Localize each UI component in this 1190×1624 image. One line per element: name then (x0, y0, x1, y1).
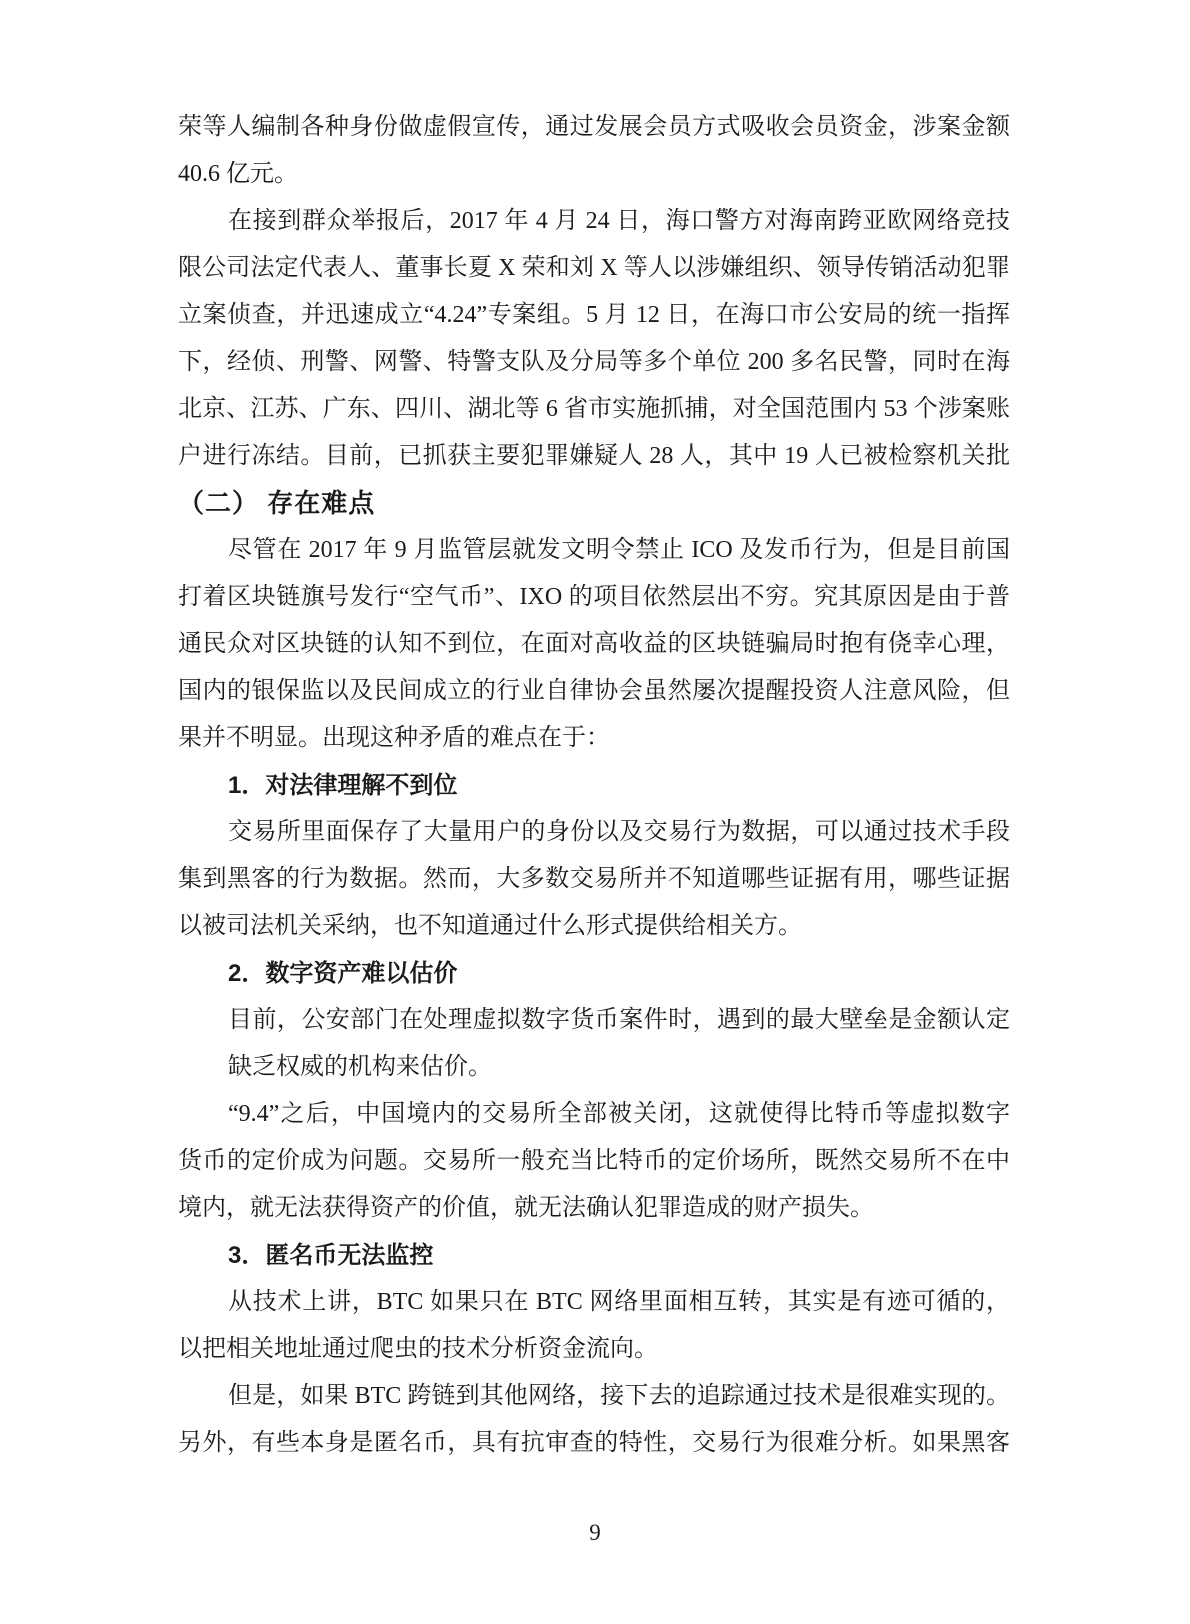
text-line: 缺乏权威的机构来估价。 (178, 1044, 1010, 1091)
text-line: 户进行冻结。目前，已抓获主要犯罪嫌疑人 28 人，其中 19 人已被检察机关批捕… (178, 433, 1010, 480)
paragraph: 缺乏权威的机构来估价。 (178, 1044, 1010, 1091)
text-line: 目前，公安部门在处理虚拟数字货币案件时，遇到的最大壁垒是金额认定难。 (178, 997, 1010, 1044)
sub-heading-text: 3．匿名币无法监控 (178, 1232, 1010, 1279)
text-line: 限公司法定代表人、董事长夏 X 荣和刘 X 等人以涉嫌组织、领导传销活动犯罪 (178, 245, 1010, 292)
sub-heading: 3．匿名币无法监控 (178, 1232, 1010, 1279)
text-line: 从技术上讲，BTC 如果只在 BTC 网络里面相互转，其实是有迹可循的，可 (178, 1279, 1010, 1326)
text-line: “9.4”之后，中国境内的交易所全部被关闭，这就使得比特币等虚拟数字 (178, 1091, 1010, 1138)
text-line: 交易所里面保存了大量用户的身份以及交易行为数据，可以通过技术手段采 (178, 809, 1010, 856)
page-number: 9 (0, 1520, 1190, 1546)
text-line: 另外，有些本身是匿名币，具有抗审查的特性，交易行为很难分析。如果黑客用 (178, 1420, 1010, 1467)
document-page: 荣等人编制各种身份做虚假宣传，通过发展会员方式吸收会员资金，涉案金额40.6 亿… (0, 0, 1190, 1624)
text-line: 果并不明显。出现这种矛盾的难点在于： (178, 715, 1010, 762)
text-line: 下，经侦、刑警、网警、特警支队及分局等多个单位 200 多名民警，同时在海南、 (178, 339, 1010, 386)
text-line: 北京、江苏、广东、四川、湖北等 6 省市实施抓捕，对全国范围内 53 个涉案账 (178, 386, 1010, 433)
paragraph: 在接到群众举报后，2017 年 4 月 24 日，海口警方对海南跨亚欧网络竞技有… (178, 198, 1010, 480)
paragraph: “9.4”之后，中国境内的交易所全部被关闭，这就使得比特币等虚拟数字货币的定价成… (178, 1091, 1010, 1232)
text-line: 荣等人编制各种身份做虚假宣传，通过发展会员方式吸收会员资金，涉案金额 (178, 104, 1010, 151)
text-line: 国内的银保监以及民间成立的行业自律协会虽然屡次提醒投资人注意风险，但效 (178, 668, 1010, 715)
text-line: 打着区块链旗号发行“空气币”、IXO 的项目依然层出不穷。究其原因是由于普 (178, 574, 1010, 621)
text-line: 以被司法机关采纳，也不知道通过什么形式提供给相关方。 (178, 903, 1010, 950)
text-line: 立案侦查，并迅速成立“4.24”专案组。5 月 12 日，在海口市公安局的统一指… (178, 292, 1010, 339)
sub-heading: 1．对法律理解不到位 (178, 762, 1010, 809)
text-line: 通民众对区块链的认知不到位，在面对高收益的区块链骗局时抱有侥幸心理，而 (178, 621, 1010, 668)
sub-heading: 2．数字资产难以估价 (178, 950, 1010, 997)
document-body: 荣等人编制各种身份做虚假宣传，通过发展会员方式吸收会员资金，涉案金额40.6 亿… (178, 104, 1010, 1467)
section-heading-text: （二） 存在难点 (178, 480, 1010, 527)
text-line: 境内，就无法获得资产的价值，就无法确认犯罪造成的财产损失。 (178, 1185, 1010, 1232)
text-line: 40.6 亿元。 (178, 151, 1010, 198)
paragraph: 但是，如果 BTC 跨链到其他网络，接下去的追踪通过技术是很难实现的。另外，有些… (178, 1373, 1010, 1467)
paragraph: 目前，公安部门在处理虚拟数字货币案件时，遇到的最大壁垒是金额认定难。 (178, 997, 1010, 1044)
paragraph: 尽管在 2017 年 9 月监管层就发文明令禁止 ICO 及发币行为，但是目前国… (178, 527, 1010, 762)
text-line: 尽管在 2017 年 9 月监管层就发文明令禁止 ICO 及发币行为，但是目前国… (178, 527, 1010, 574)
sub-heading-text: 1．对法律理解不到位 (178, 762, 1010, 809)
section-heading: （二） 存在难点 (178, 480, 1010, 527)
text-line: 但是，如果 BTC 跨链到其他网络，接下去的追踪通过技术是很难实现的。 (178, 1373, 1010, 1420)
sub-heading-text: 2．数字资产难以估价 (178, 950, 1010, 997)
paragraph: 荣等人编制各种身份做虚假宣传，通过发展会员方式吸收会员资金，涉案金额40.6 亿… (178, 104, 1010, 198)
text-line: 在接到群众举报后，2017 年 4 月 24 日，海口警方对海南跨亚欧网络竞技有 (178, 198, 1010, 245)
paragraph: 交易所里面保存了大量用户的身份以及交易行为数据，可以通过技术手段采集到黑客的行为… (178, 809, 1010, 950)
text-line: 以把相关地址通过爬虫的技术分析资金流向。 (178, 1326, 1010, 1373)
text-line: 货币的定价成为问题。交易所一般充当比特币的定价场所，既然交易所不在中国 (178, 1138, 1010, 1185)
paragraph: 从技术上讲，BTC 如果只在 BTC 网络里面相互转，其实是有迹可循的，可以把相… (178, 1279, 1010, 1373)
text-line: 集到黑客的行为数据。然而，大多数交易所并不知道哪些证据有用，哪些证据可 (178, 856, 1010, 903)
